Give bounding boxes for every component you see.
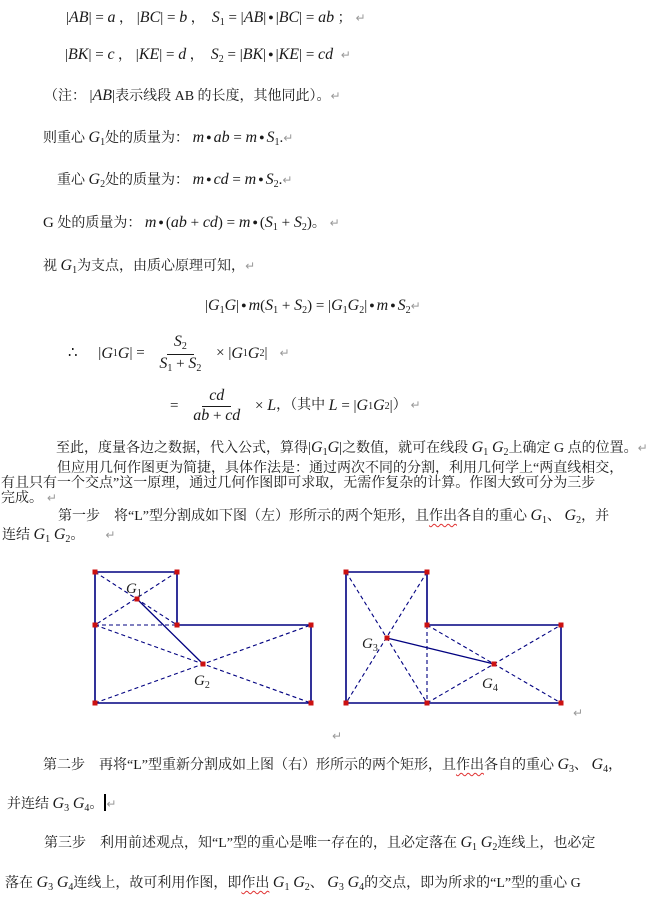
text-line: 则重心 G1处的质量为： m●ab = m●S1.↵ [43, 129, 293, 149]
cn-text: 第三步 利用前述观点，知“L”型的重心是唯一存在的，且必定落在 [44, 836, 460, 851]
paragraph-mark-icon: ↵ [267, 347, 289, 361]
math-italic: m [245, 171, 257, 188]
math-italic: G [37, 874, 49, 891]
math-italic: a [108, 9, 116, 26]
bullet-operator-icon: ● [250, 217, 259, 227]
cn-text: ，并 [581, 509, 609, 524]
text-line: 连结 G1 G2。 ↵ [2, 526, 115, 546]
math-roman: | = [299, 10, 318, 26]
cn-text: 连结 [2, 528, 34, 543]
math-italic: G [225, 297, 237, 314]
math-italic: BC [279, 9, 299, 26]
math-italic: S [294, 297, 302, 314]
math-italic: G [273, 874, 285, 891]
math-italic: S [265, 214, 273, 231]
math-roman: + [209, 408, 225, 424]
figure-right-decomposition: G3G4 [342, 566, 566, 710]
math-italic: BK [243, 46, 263, 63]
paragraph-mark-icon: ↵ [411, 299, 421, 313]
paragraph-mark-icon: ↵ [245, 259, 255, 273]
math-italic: G [472, 439, 484, 456]
math-roman: | [133, 10, 140, 26]
paragraph-mark-icon: ↵ [331, 89, 341, 103]
bullet-operator-icon: ● [257, 132, 266, 142]
cn-text: 处的质量为： [105, 131, 193, 146]
math-italic: G [373, 397, 385, 415]
cn-text: 。 [312, 216, 326, 231]
vertex-dot [93, 570, 98, 575]
math-roman: + [187, 215, 203, 231]
math-italic: c [107, 46, 114, 63]
bullet-operator-icon: ● [204, 132, 213, 142]
spellcheck-underline: 作出 [241, 876, 269, 891]
math-italic: KE [139, 46, 159, 63]
cn-text: 。 [89, 797, 103, 812]
paragraph-mark-icon: ↵ [333, 48, 351, 62]
cn-text: 第二步 再将“L”型重新分割成如上图（右）形所示的两个矩形，且 [43, 758, 456, 773]
math-italic: L [267, 397, 276, 415]
math-italic: G [311, 439, 323, 456]
cn-text: ； [334, 11, 352, 26]
math-roman: | = [129, 345, 148, 362]
paragraph-mark-icon: ↵ [105, 528, 115, 542]
text-line: 有且只有一个交点”这一原理，通过几何作图即可求取，无需作复杂的计算。作图大致可分… [1, 476, 595, 492]
cn-text: 为支点，由质心原理可知， [77, 259, 245, 274]
vertex-dot [309, 623, 314, 628]
math-italic: G [248, 345, 260, 363]
cn-text: 处的质量为： [105, 173, 193, 188]
vertex-dot [201, 662, 206, 667]
cn-text: ， [115, 48, 133, 63]
paragraph-mark-icon: ↵ [573, 706, 583, 720]
math-italic: m [377, 297, 389, 314]
math-roman: + [278, 298, 294, 314]
cn-text: 连线上，故可利用作图，即 [73, 876, 241, 891]
math-italic: cd [209, 387, 224, 404]
paragraph-mark-icon: ↵ [332, 729, 342, 743]
text-line: ↵ [332, 729, 342, 745]
math-italic: G [293, 874, 305, 891]
cn-text: 、 [574, 758, 592, 773]
text-line: 第三步 利用前述观点，知“L”型的重心是唯一存在的，且必定落在 G1 G2连线上… [44, 834, 595, 854]
math-subscript: 2 [196, 363, 201, 374]
vertex-dot [344, 701, 349, 706]
cn-text: 各自的重心 [484, 758, 558, 773]
vertex-dot [175, 570, 180, 575]
math-italic: ab [171, 214, 187, 231]
text-line: = cdab + cd × L，（其中 L = |G1G2|） ↵ [170, 388, 421, 425]
math-italic: G [331, 297, 343, 314]
vertex-dot [559, 701, 564, 706]
centroid-label: G3 [362, 636, 378, 654]
cn-text: 的交点，即为所求的“L”型的重心 G [364, 876, 581, 891]
math-italic: AB [244, 9, 264, 26]
cn-text: 至此，度量各边之数据，代入公式，算得 [56, 441, 308, 456]
math-italic: G [57, 874, 69, 891]
text-line: ↵ [573, 706, 583, 722]
math-italic: G [565, 507, 577, 524]
text-line: |BK| = c ， |KE| = d ， S2 = |BK|●|KE| = c… [65, 46, 351, 66]
cn-text: ， [187, 11, 212, 26]
math-roman: + [278, 215, 294, 231]
cn-text: 之数值，就可在线段 [342, 441, 472, 456]
math-italic: AB [69, 9, 89, 26]
figure-left-decomposition: G1G2 [88, 566, 320, 710]
math-fraction: cdab + cd [186, 388, 247, 425]
text-line: G 处的质量为： m●(ab + cd) = m●(S1 + S2)。 ↵ [43, 214, 340, 234]
text-line: 视 G1为支点，由质心原理可知，↵ [43, 257, 255, 277]
math-italic: G [101, 345, 113, 363]
cn-text: ） [393, 398, 407, 414]
spellcheck-underline: 作出 [429, 509, 457, 524]
cn-text: ， [116, 11, 134, 26]
math-roman: | = [159, 47, 178, 63]
math-italic: S [174, 333, 182, 350]
centroid-label: G1 [126, 581, 142, 599]
math-italic: G [89, 171, 101, 188]
cn-text: 完成。 [1, 491, 43, 506]
math-italic: G [73, 795, 85, 812]
vertex-dot [425, 701, 430, 706]
text-line: ∴ |G1G| = S2S1 + S2 × |G1G2| ↵ [68, 334, 290, 374]
cn-text: 但应用几何作图更为简捷，具体作法是：通过两次不同的分割，利用几何学上“两直线相交… [57, 461, 623, 476]
math-italic: G [61, 257, 73, 274]
paragraph-mark-icon: ↵ [326, 216, 340, 230]
cn-text: ，（其中 [276, 398, 329, 414]
math-roman: = | [225, 10, 244, 26]
math-roman: + [172, 356, 188, 372]
math-italic: S [266, 171, 274, 188]
cn-text: 重心 [57, 173, 89, 188]
math-italic: ab [318, 9, 334, 26]
math-italic: G [231, 345, 243, 363]
cn-text: 表示线段 AB 的长度，其他同此）。 [115, 89, 330, 104]
math-italic: cd [214, 171, 229, 188]
math-italic: cd [318, 46, 333, 63]
math-italic: S [398, 297, 406, 314]
text-line: 第一步 将“L”型分割成如下图（左）形所示的两个矩形，且作出各自的重心 G1、 … [58, 507, 609, 527]
math-italic: G [348, 874, 360, 891]
text-line: 落在 G3 G4连线上，故可利用作图，即作出 G1 G2、 G3 G4的交点，即… [5, 874, 581, 894]
cn-text: 视 [43, 259, 61, 274]
math-italic: S [211, 46, 219, 63]
math-italic: ab [214, 129, 230, 146]
math-italic: L [329, 397, 338, 415]
math-roman: = [229, 172, 245, 188]
paragraph-mark-icon: ↵ [352, 11, 366, 25]
math-italic: G [492, 439, 504, 456]
math-italic: G [34, 526, 46, 543]
math-roman: × [251, 398, 267, 415]
vertex-dot [93, 701, 98, 706]
math-italic: G [118, 345, 130, 363]
cn-text: ， [608, 758, 622, 773]
cn-text: 则重心 [43, 131, 89, 146]
text-line: 但应用几何作图更为简捷，具体作法是：通过两次不同的分割，利用几何学上“两直线相交… [57, 461, 623, 477]
math-italic: m [249, 297, 261, 314]
cn-text: 连线上，也必定 [497, 836, 595, 851]
math-italic: G [53, 795, 65, 812]
math-italic: G [460, 834, 472, 851]
math-italic: G [592, 756, 604, 773]
centroid-connector-line [387, 638, 494, 664]
math-italic: m [246, 129, 258, 146]
bullet-operator-icon: ● [204, 174, 213, 184]
paragraph-mark-icon: ↵ [43, 491, 57, 505]
text-line: 第二步 再将“L”型重新分割成如上图（右）形所示的两个矩形，且作出各自的重心 G… [43, 756, 622, 776]
spellcheck-underline: 作出 [456, 758, 484, 773]
vertex-dot [385, 636, 390, 641]
math-italic: S [265, 297, 273, 314]
text-line: |G1G|●m(S1 + S2) = |G1G2|●m●S2↵ [205, 297, 421, 317]
text-line: （注： |AB|表示线段 AB 的长度，其他同此）。↵ [44, 87, 341, 105]
vertex-dot [425, 570, 430, 575]
vertex-dot [425, 623, 430, 628]
bullet-operator-icon: ● [156, 217, 165, 227]
text-line: 至此，度量各边之数据，代入公式，算得|G1G|之数值，就可在线段 G1 G2上确… [56, 439, 648, 459]
math-roman: × | [212, 345, 231, 362]
math-roman: ) = | [307, 298, 331, 314]
math-italic: G [328, 439, 340, 456]
math-italic: m [145, 214, 157, 231]
paragraph-mark-icon: ↵ [638, 441, 648, 455]
math-fraction: S2S1 + S2 [152, 334, 208, 374]
math-italic: G [357, 397, 369, 415]
cn-text: 第一步 将“L”型分割成如下图（左）形所示的两个矩形，且 [58, 509, 429, 524]
centroid-connector-line [137, 599, 203, 664]
l-shape-outline [346, 572, 561, 703]
vertex-dot [492, 662, 497, 667]
math-roman: = | [338, 398, 357, 415]
centroid-label: G4 [482, 676, 498, 694]
paragraph-mark-icon: ↵ [282, 173, 292, 187]
math-italic: G [348, 297, 360, 314]
math-italic: G [327, 874, 339, 891]
math-italic: S [212, 9, 220, 26]
math-italic: G [89, 129, 101, 146]
vertex-dot [344, 570, 349, 575]
math-italic: AB [93, 87, 113, 104]
text-line: 并连结 G3 G4。↵ [7, 794, 116, 815]
document-page: |AB| = a ， |BC| = b ， S1 = |AB|●|BC| = a… [0, 0, 650, 900]
math-italic: KE [279, 46, 299, 63]
cn-text: 、 [547, 509, 565, 524]
therefore-symbol: ∴ [68, 345, 80, 362]
math-italic: m [193, 129, 205, 146]
text-line: 完成。 ↵ [1, 491, 57, 507]
cn-text: 上确定 G 点的位置。 [509, 441, 638, 456]
math-italic: G [481, 834, 493, 851]
bullet-operator-icon: ● [266, 49, 275, 59]
vertex-dot [93, 623, 98, 628]
cn-text: 。 [70, 528, 105, 543]
math-italic: m [239, 214, 251, 231]
math-italic: G [557, 756, 569, 773]
paragraph-mark-icon: ↵ [106, 797, 116, 811]
math-italic: BK [68, 46, 88, 63]
cn-text: 处的质量为： [54, 216, 145, 231]
math-roman: ) = [218, 215, 239, 231]
bullet-operator-icon: ● [239, 300, 248, 310]
math-italic: S [267, 129, 275, 146]
math-italic: BC [140, 9, 160, 26]
bullet-operator-icon: ● [266, 12, 275, 22]
math-italic: G [208, 297, 220, 314]
cn-text: 各自的重心 [457, 509, 531, 524]
cn-text: ， [186, 48, 211, 63]
math-italic: cd [225, 407, 240, 424]
math-italic: G [530, 507, 542, 524]
math-italic: G [54, 526, 66, 543]
math-roman: G [43, 215, 54, 231]
bullet-operator-icon: ● [367, 300, 376, 310]
paragraph-mark-icon: ↵ [407, 399, 421, 413]
math-roman: | [80, 345, 102, 362]
paragraph-mark-icon: ↵ [283, 131, 293, 145]
cn-text: 并连结 [7, 797, 53, 812]
centroid-label: G2 [194, 673, 210, 691]
math-italic: cd [203, 214, 218, 231]
math-roman: | [132, 47, 139, 63]
vertex-dot [309, 701, 314, 706]
cn-text: （注： [44, 89, 90, 104]
math-italic: m [193, 171, 205, 188]
math-roman: = [230, 130, 246, 146]
math-roman: = [170, 398, 182, 415]
cn-text: 、 [310, 876, 328, 891]
bullet-operator-icon: ● [256, 174, 265, 184]
math-italic: S [294, 214, 302, 231]
vertex-dot [175, 623, 180, 628]
math-roman: = | [224, 47, 243, 63]
cn-text: 有且只有一个交点”这一原理，通过几何作图即可求取，无需作复杂的计算。作图大致可分… [1, 476, 595, 491]
math-subscript: 2 [182, 341, 187, 352]
vertex-dot [559, 623, 564, 628]
cn-text: 落在 [5, 876, 37, 891]
text-line: 重心 G2处的质量为： m●cd = m●S2.↵ [57, 171, 292, 191]
text-line: |AB| = a ， |BC| = b ， S1 = |AB|●|BC| = a… [66, 9, 366, 29]
math-italic: ab [193, 407, 209, 424]
math-roman: | = [299, 47, 318, 63]
math-roman: | = [89, 10, 108, 26]
bullet-operator-icon: ● [388, 300, 397, 310]
math-roman: | = [88, 47, 107, 63]
math-roman: | = [160, 10, 179, 26]
